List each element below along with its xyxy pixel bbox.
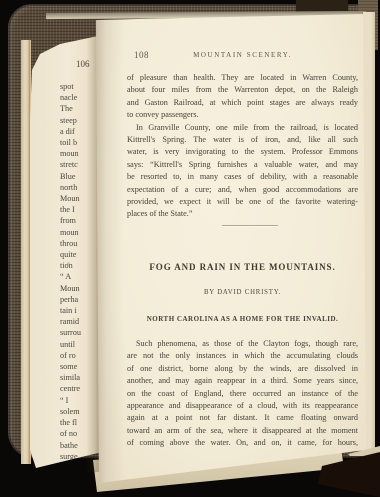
article-subheading: NORTH CAROLINA AS A HOME FOR THE INVALID… — [127, 315, 358, 323]
foxing-spot — [64, 288, 66, 290]
article-byline: BY DAVID CHRISTY. — [127, 289, 358, 296]
paragraph-2: In Granville County, one mile from the r… — [127, 122, 358, 221]
section-divider-rule — [222, 225, 278, 226]
foxing-spot — [67, 262, 70, 265]
right-page: 108 MOUNTAIN SCENERY. of pleasure than h… — [94, 12, 370, 488]
paragraph-1: of pleasure than health. They are locate… — [127, 72, 358, 122]
running-header-row: 108 MOUNTAIN SCENERY. — [127, 50, 358, 62]
paragraph-3: Such phenomena, as those of the Clayton … — [127, 338, 358, 450]
article-title: FOG AND RAIN IN THE MOUNTAINS. — [127, 262, 358, 272]
page-stack-edge-left — [21, 40, 31, 464]
foxing-spot — [320, 420, 322, 422]
book-photo-scene: 106 spotnacleThesteepa diftoil bmounstre… — [0, 0, 380, 497]
running-header: MOUNTAIN SCENERY. — [127, 51, 358, 59]
